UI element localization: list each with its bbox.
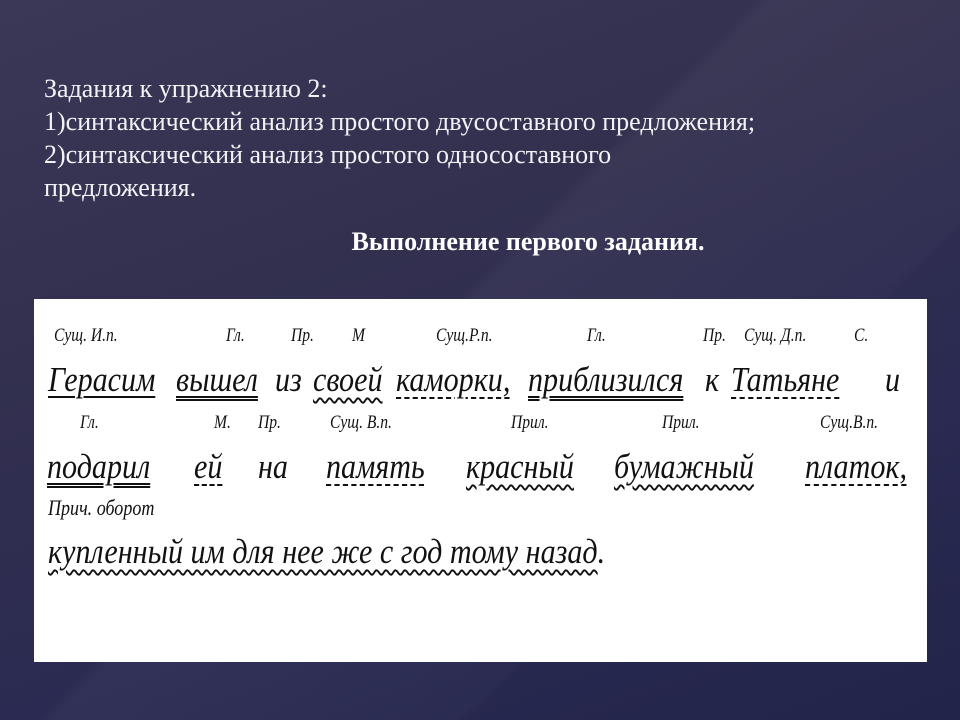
word-object: Татьяне: [731, 360, 839, 400]
word-preposition: к: [705, 360, 719, 400]
pos-label: Сущ. Д.п.: [744, 325, 806, 347]
pos-label: Сущ. В.п.: [330, 412, 392, 434]
pos-label: С.: [854, 325, 868, 347]
tasks-block: Задания к упражнению 2: 1)синтаксический…: [44, 72, 924, 204]
word-predicate: приблизился: [528, 360, 683, 400]
participle-phrase: купленный им для нее же с год тому назад…: [48, 532, 605, 572]
pos-label: Пр.: [703, 325, 726, 347]
word-predicate: вышел: [176, 360, 258, 400]
word-object: платок,: [805, 447, 907, 487]
section-heading: Выполнение первого задания.: [0, 227, 960, 257]
word-conjunction: и: [885, 360, 900, 400]
analysis-panel: Сущ. И.п. Гл. Пр. М Сущ.Р.п. Гл. Пр. Сущ…: [34, 299, 927, 662]
word-preposition: из: [275, 360, 302, 400]
participle-phrase-text: купленный им для нее же с год тому назад: [48, 532, 598, 571]
word-object: память: [326, 447, 425, 487]
task-item-2: 2)синтаксический анализ простого односос…: [44, 138, 924, 171]
pos-label: Пр.: [291, 325, 314, 347]
pos-label: Прил.: [511, 412, 549, 434]
pos-label: Сущ. И.п.: [54, 325, 118, 347]
pos-label: М.: [214, 412, 231, 434]
pos-label: Гл.: [226, 325, 245, 347]
word-attribute: бумажный: [614, 447, 754, 487]
word-object: ей: [194, 447, 222, 487]
pos-label: Сущ.В.п.: [820, 412, 878, 434]
word-subject: Герасим: [48, 360, 155, 400]
pos-label: М: [352, 325, 365, 347]
word-predicate: подарил: [47, 447, 150, 487]
word-attribute: своей: [313, 360, 382, 400]
word-object: каморки,: [396, 360, 510, 400]
word-attribute: красный: [466, 447, 574, 487]
pos-label: Прил.: [662, 412, 700, 434]
pos-label: Гл.: [80, 412, 99, 434]
pos-label: Сущ.Р.п.: [436, 325, 493, 347]
task-item-2-continued: предложения.: [44, 171, 924, 204]
participle-phrase-label: Прич. оборот: [48, 495, 154, 521]
pos-label: Пр.: [258, 412, 281, 434]
word-preposition: на: [258, 447, 288, 487]
task-item-1: 1)синтаксический анализ простого двусост…: [44, 105, 924, 138]
tasks-title: Задания к упражнению 2:: [44, 72, 924, 105]
pos-label: Гл.: [587, 325, 606, 347]
sentence-end: .: [598, 532, 606, 571]
